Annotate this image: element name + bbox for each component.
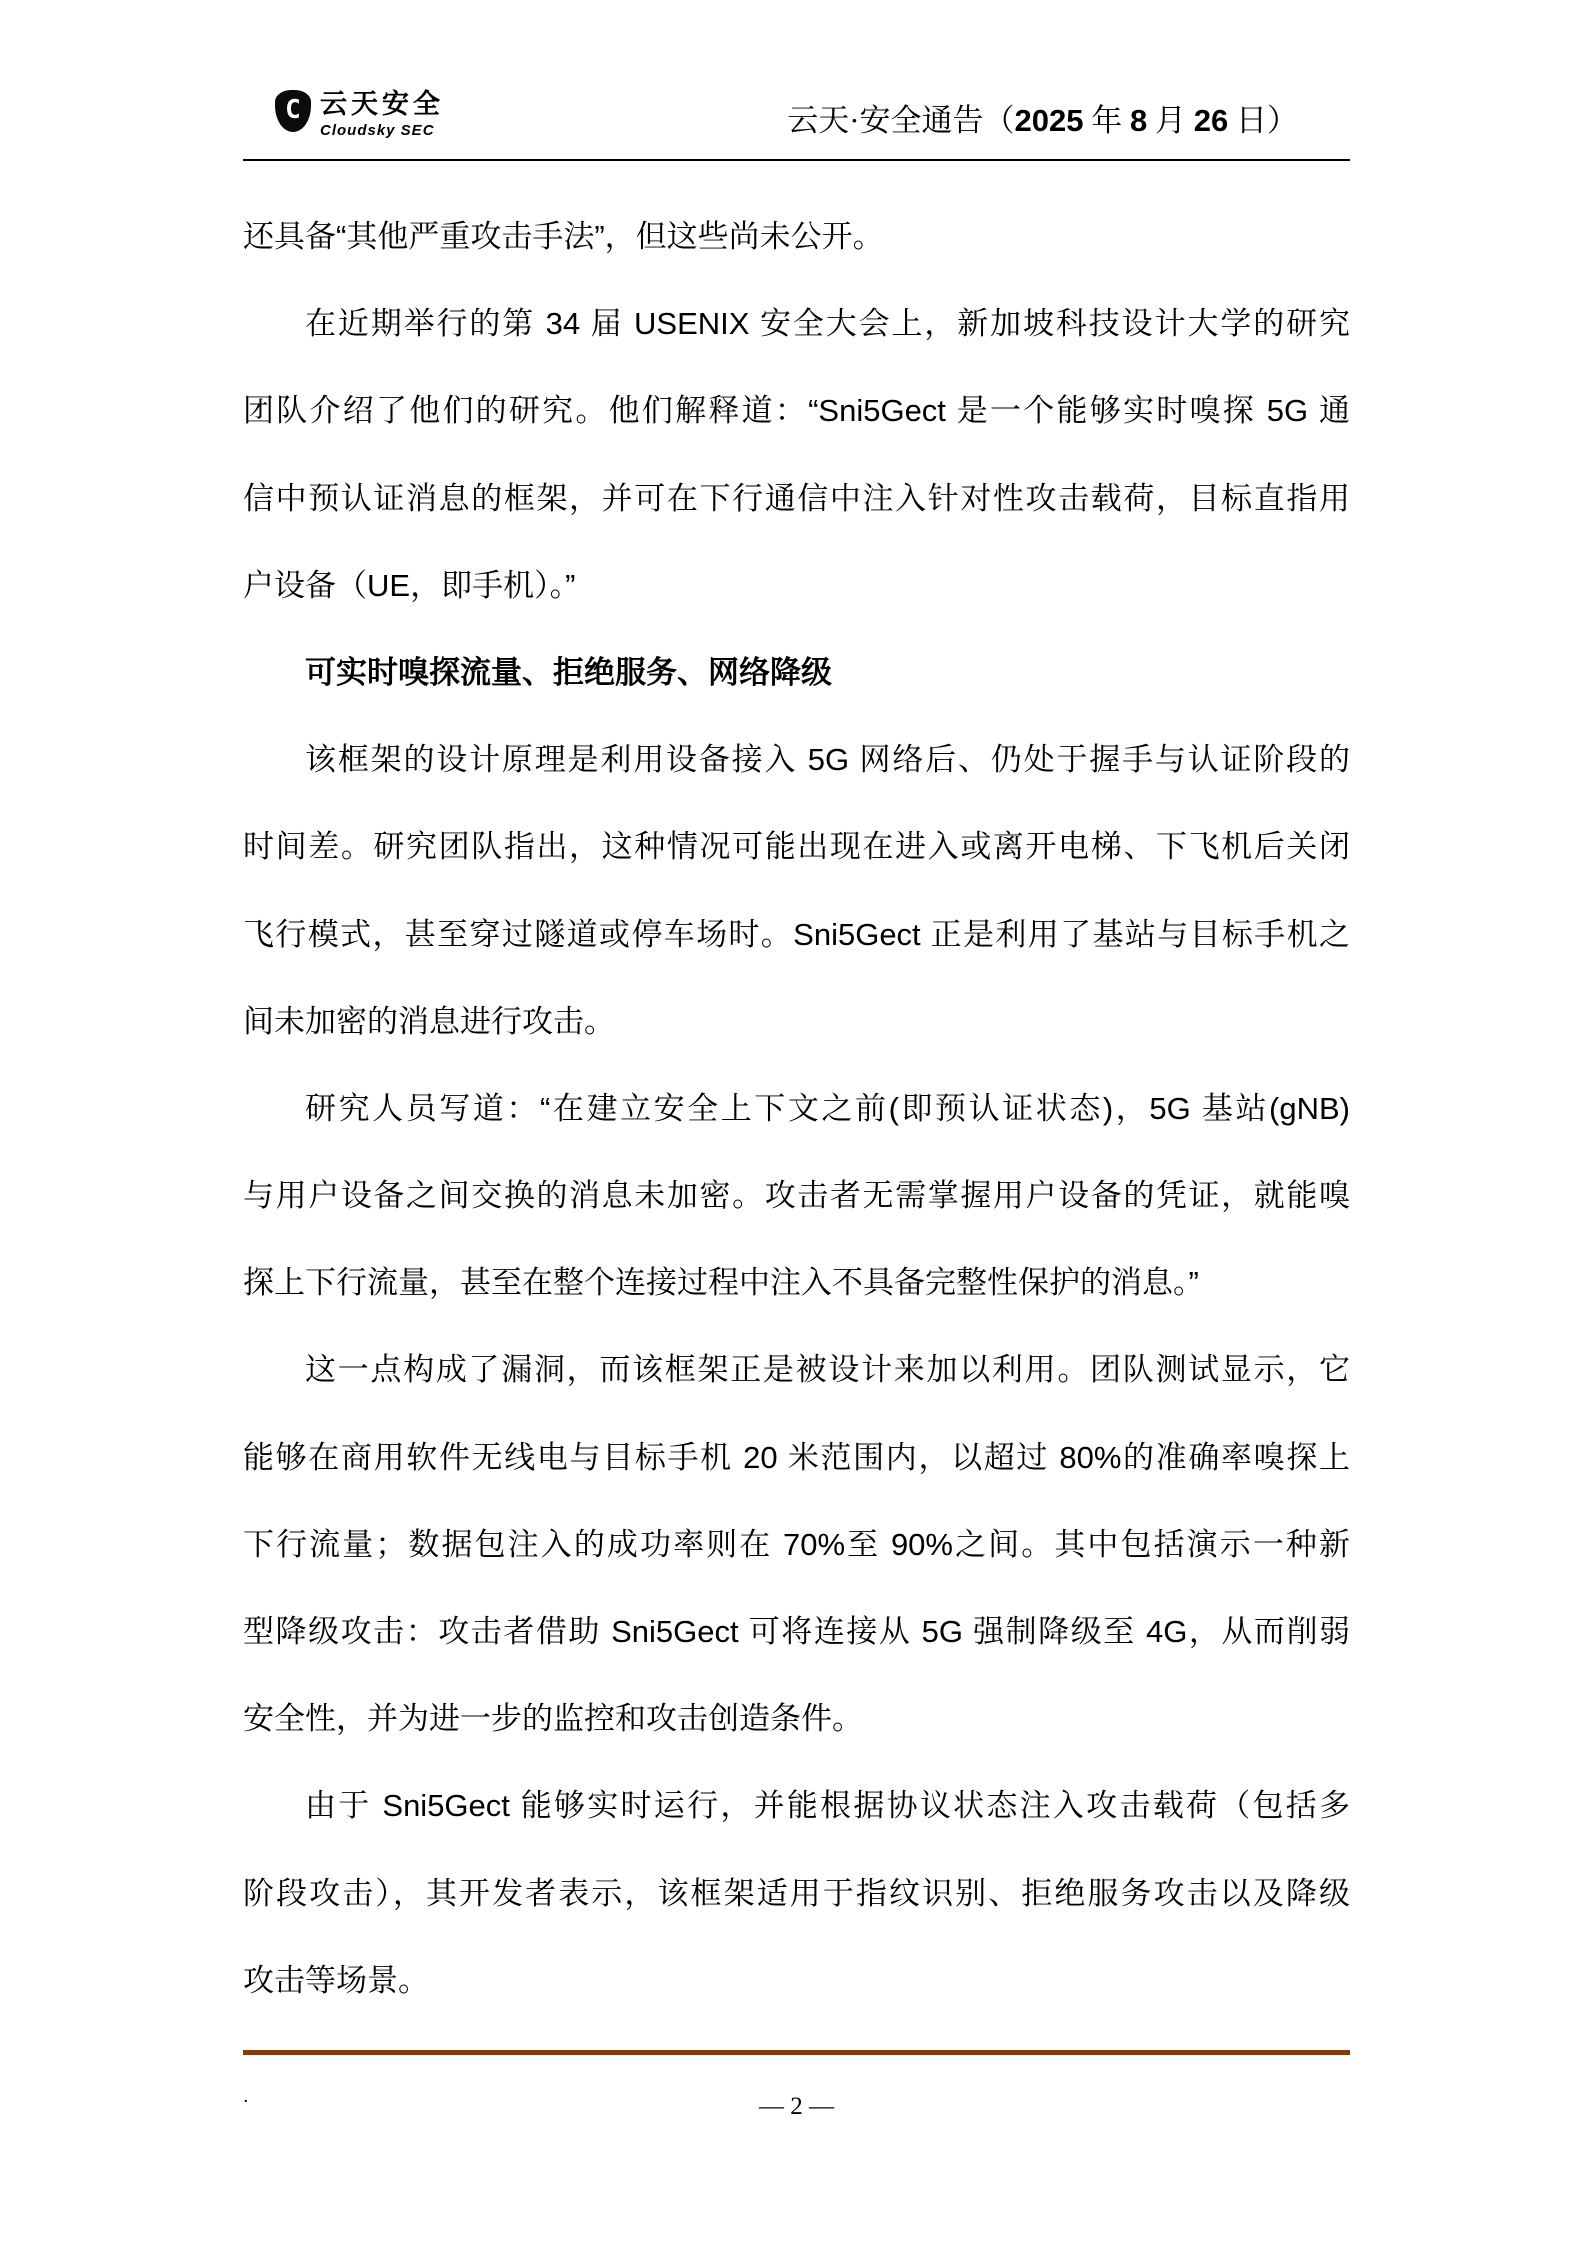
text-line: 研究人员写道：“在建立安全上下文之前(即预认证状态)，5G 基站(gNB)	[243, 1065, 1350, 1152]
text-line: 户设备（UE，即手机）。”	[243, 542, 1350, 629]
title-year-label: 年	[1084, 103, 1131, 138]
text-line: 由于 Sni5Gect 能够实时运行，并能根据协议状态注入攻击载荷（包括多	[243, 1762, 1350, 1849]
text-line: 这一点构成了漏洞，而该框架正是被设计来加以利用。团队测试显示，它	[243, 1326, 1350, 1413]
title-month-label: 月	[1147, 103, 1194, 138]
title-month: 8	[1130, 103, 1147, 138]
text-line: 能够在商用软件无线电与目标手机 20 米范围内，以超过 80%的准确率嗅探上	[243, 1414, 1350, 1501]
text-line: 可实时嗅探流量、拒绝服务、网络降级	[243, 629, 1350, 716]
text-line: 间未加密的消息进行攻击。	[243, 978, 1350, 1065]
cloudsky-logo: C 云天安全 Cloudsky SEC	[275, 90, 444, 138]
text-line: 该框架的设计原理是利用设备接入 5G 网络后、仍处于握手与认证阶段的	[243, 716, 1350, 803]
document-body: 还具备“其他严重攻击手法”，但这些尚未公开。在近期举行的第 34 届 USENI…	[243, 193, 1350, 2024]
shield-c-icon: C	[275, 90, 311, 132]
footer-divider	[243, 2050, 1350, 2055]
text-line: 团队介绍了他们的研究。他们解释道：“Sni5Gect 是一个能够实时嗅探 5G …	[243, 367, 1350, 454]
text-line: 探上下行流量，甚至在整个连接过程中注入不具备完整性保护的消息。”	[243, 1239, 1350, 1326]
logo-text: 云天安全 Cloudsky SEC	[320, 90, 444, 138]
text-line: 飞行模式，甚至穿过隧道或停车场时。Sni5Gect 正是利用了基站与目标手机之	[243, 891, 1350, 978]
text-line: 攻击等场景。	[243, 1937, 1350, 2024]
text-line: 时间差。研究团队指出，这种情况可能出现在进入或离开电梯、下飞机后关闭	[243, 803, 1350, 890]
document-page: C 云天安全 Cloudsky SEC 云天·安全通告（2025 年 8 月 2…	[0, 0, 1587, 2245]
text-line: 安全性，并为进一步的监控和攻击创造条件。	[243, 1675, 1350, 1762]
title-year: 2025	[1015, 103, 1084, 138]
page-header: C 云天安全 Cloudsky SEC 云天·安全通告（2025 年 8 月 2…	[243, 86, 1350, 160]
text-line: 下行流量；数据包注入的成功率则在 70%至 90%之间。其中包括演示一种新	[243, 1501, 1350, 1588]
text-line: 阶段攻击），其开发者表示，该框架适用于指纹识别、拒绝服务攻击以及降级	[243, 1850, 1350, 1937]
text-line: 信中预认证消息的框架，并可在下行通信中注入针对性攻击载荷，目标直指用	[243, 455, 1350, 542]
text-line: 型降级攻击：攻击者借助 Sni5Gect 可将连接从 5G 强制降级至 4G，从…	[243, 1588, 1350, 1675]
header-divider	[243, 159, 1350, 161]
title-day-label: 日）	[1228, 103, 1298, 138]
logo-name-cn: 云天安全	[320, 91, 444, 118]
logo-letter: C	[285, 97, 301, 123]
text-line: 与用户设备之间交换的消息未加密。攻击者无需掌握用户设备的凭证，就能嗅	[243, 1152, 1350, 1239]
logo-name-en: Cloudsky SEC	[320, 123, 444, 138]
text-line: 还具备“其他严重攻击手法”，但这些尚未公开。	[243, 193, 1350, 280]
title-day: 26	[1194, 103, 1228, 138]
bulletin-title: 云天·安全通告（2025 年 8 月 26 日）	[787, 102, 1298, 139]
title-text: 云天·安全通告（	[787, 103, 1014, 138]
page-number: — 2 —	[243, 2092, 1350, 2122]
text-line: 在近期举行的第 34 届 USENIX 安全大会上，新加坡科技设计大学的研究	[243, 280, 1350, 367]
